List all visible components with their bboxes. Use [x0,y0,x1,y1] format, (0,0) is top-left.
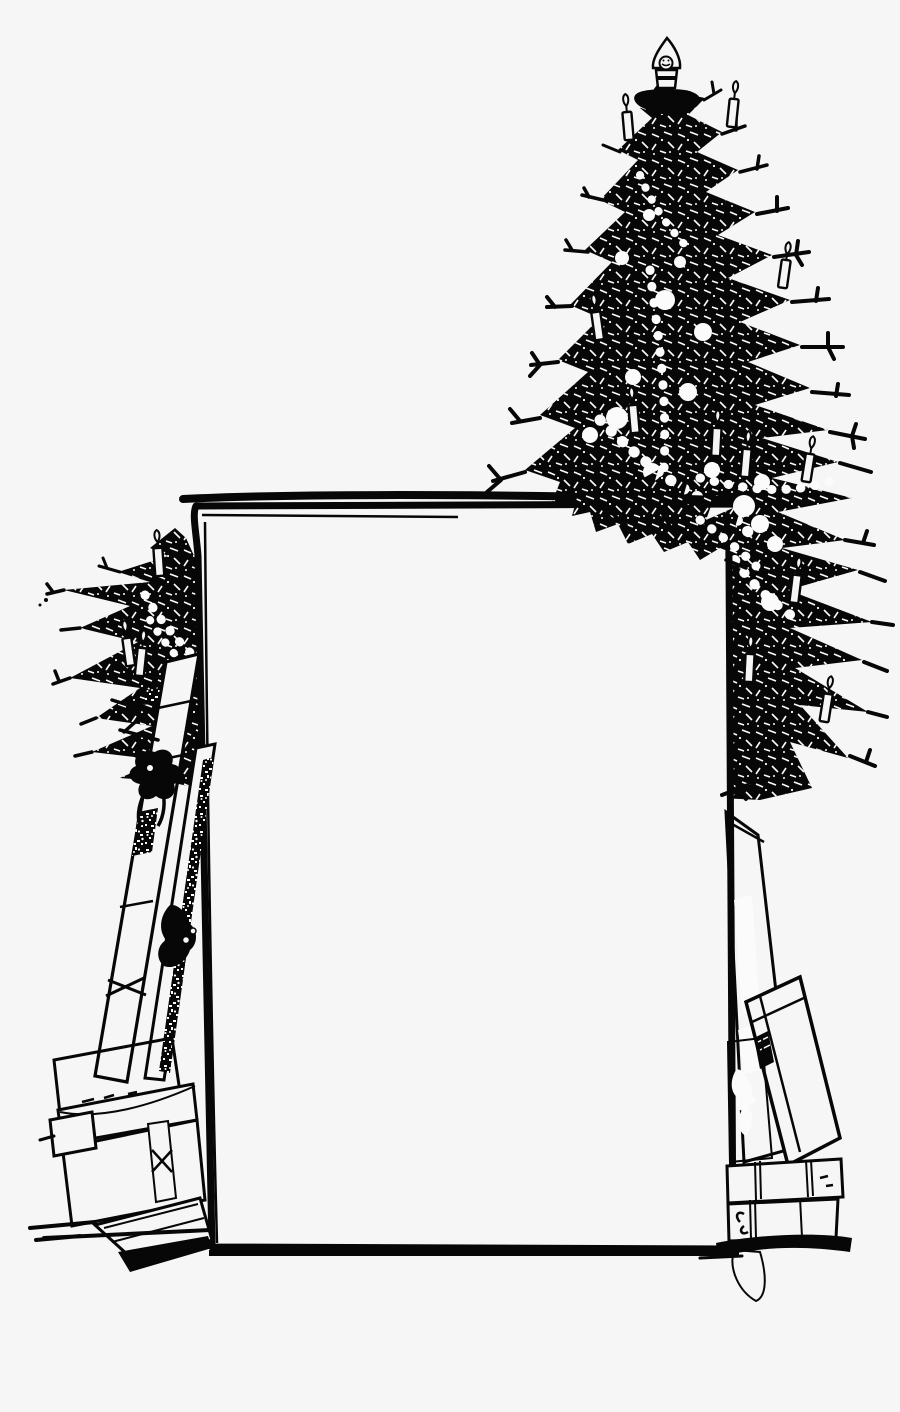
illustration-stage: Black-and-white woodcut style illustrati… [0,0,900,1412]
sign-board [194,504,740,1249]
tied-parcel-bottom [728,1198,838,1241]
illustration-canvas: Black-and-white woodcut style illustrati… [0,0,900,1412]
small-white-box [50,1112,96,1156]
tied-parcel-top [727,1159,843,1203]
blank-sign-frame [183,495,746,1253]
